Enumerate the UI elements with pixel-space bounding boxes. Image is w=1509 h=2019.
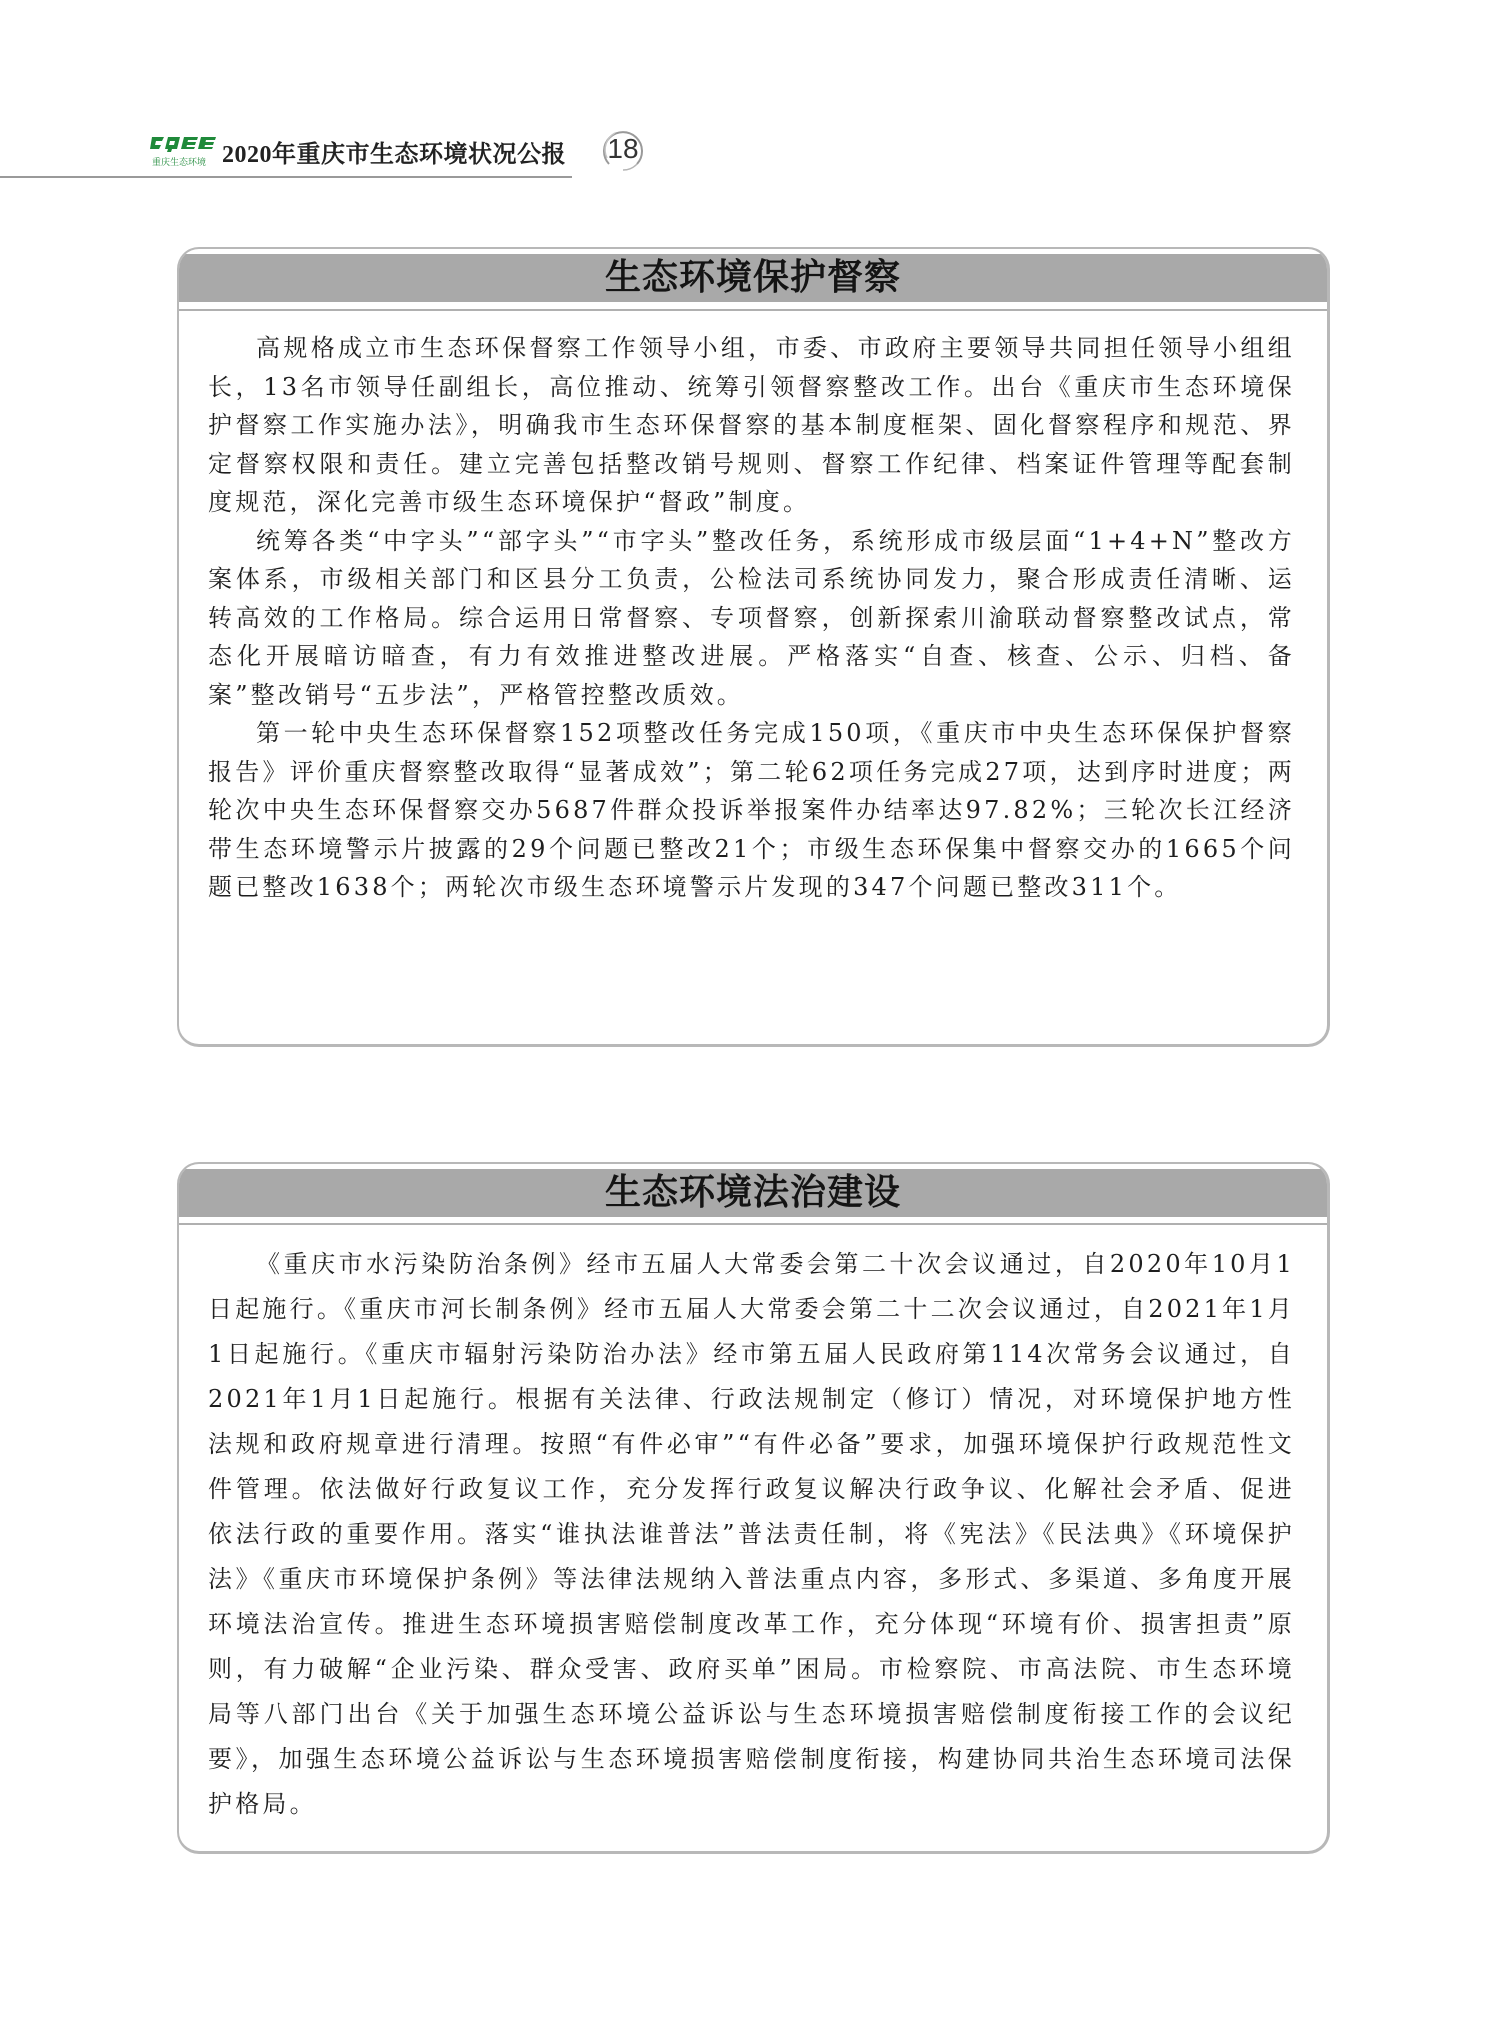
section-divider xyxy=(179,1223,1327,1225)
section-title-bar: 生态环境法治建设 xyxy=(179,1169,1327,1217)
section-legal: 生态环境法治建设 《重庆市水污染防治条例》经市五届人大常委会第二十次会议通过，自… xyxy=(177,1162,1330,1854)
paragraph: 高规格成立市生态环保督察工作领导小组，市委、市政府主要领导共同担任领导小组组长，… xyxy=(208,329,1295,522)
cqee-logo: 重庆生态环境 xyxy=(150,133,216,169)
section-supervision: 生态环境保护督察 高规格成立市生态环保督察工作领导小组，市委、市政府主要领导共同… xyxy=(177,247,1330,1047)
cqee-logo-icon xyxy=(150,133,216,153)
logo-caption: 重庆生态环境 xyxy=(152,155,206,168)
section-title-bar: 生态环境保护督察 xyxy=(179,254,1327,302)
section-body: 《重庆市水污染防治条例》经市五届人大常委会第二十次会议通过，自2020年10月1… xyxy=(208,1242,1295,1827)
paragraph: 统筹各类“中字头”“部字头”“市字头”整改任务，系统形成市级层面“1+4+N”整… xyxy=(208,522,1295,715)
publication-title: 2020年重庆市生态环境状况公报 xyxy=(222,134,566,169)
page-number: 18 xyxy=(601,133,645,165)
page-header: 重庆生态环境 2020年重庆市生态环境状况公报 18 xyxy=(0,0,1509,190)
section-title: 生态环境保护督察 xyxy=(605,257,901,298)
section-divider xyxy=(179,309,1327,311)
page-number-badge: 18 xyxy=(601,128,645,172)
section-title: 生态环境法治建设 xyxy=(605,1172,901,1213)
paragraph: 第一轮中央生态环保督察152项整改任务完成150项，《重庆市中央生态环保保护督察… xyxy=(208,714,1295,907)
paragraph: 《重庆市水污染防治条例》经市五届人大常委会第二十次会议通过，自2020年10月1… xyxy=(208,1242,1295,1827)
section-body: 高规格成立市生态环保督察工作领导小组，市委、市政府主要领导共同担任领导小组组长，… xyxy=(208,329,1295,907)
header-divider xyxy=(0,176,572,178)
